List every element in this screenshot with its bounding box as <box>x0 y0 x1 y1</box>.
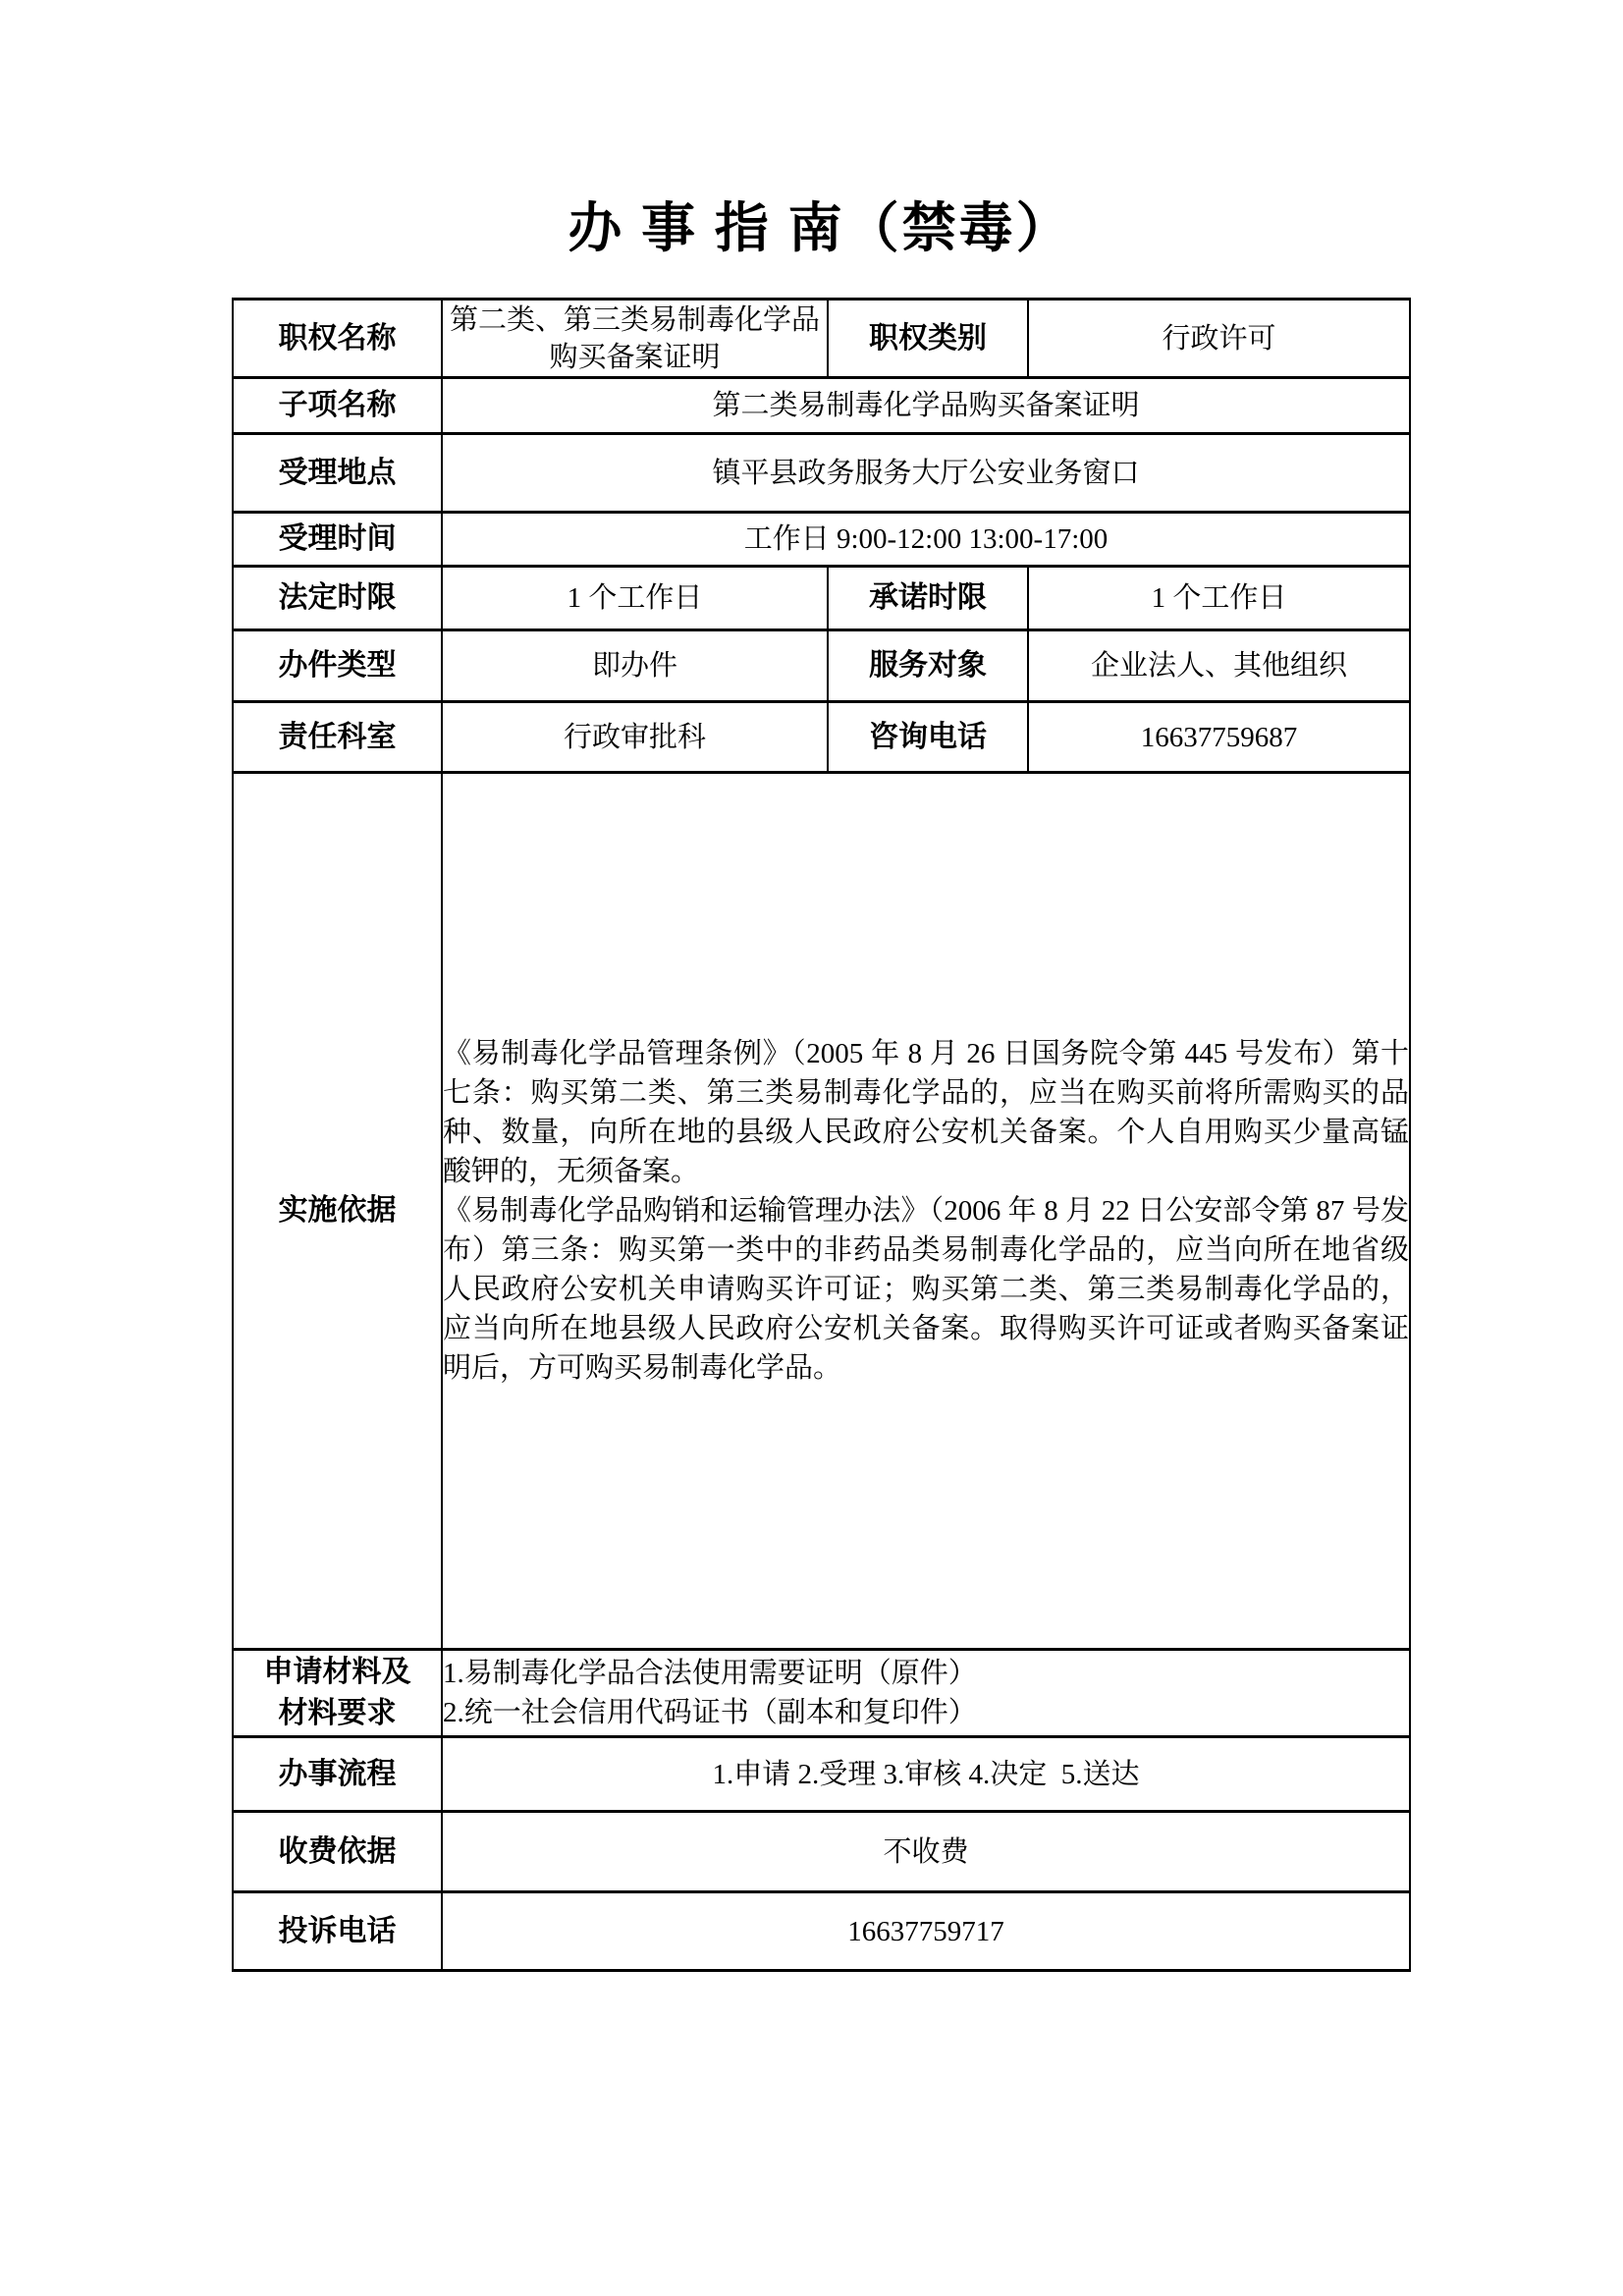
legal-basis-value: 《易制毒化学品管理条例》（2005 年 8 月 26 日国务院令第 445 号发… <box>442 773 1410 1650</box>
sub-item-value: 第二类易制毒化学品购买备案证明 <box>442 378 1410 434</box>
process-label: 办事流程 <box>233 1737 442 1812</box>
accept-time-label: 受理时间 <box>233 513 442 567</box>
service-guide-table: 职权名称 第二类、第三类易制毒化学品购买备案证明 职权类别 行政许可 子项名称 … <box>232 298 1411 1972</box>
row-materials: 申请材料及 材料要求 1.易制毒化学品合法使用需要证明（原件） 2.统一社会信用… <box>233 1650 1410 1737</box>
complaint-phone-value: 16637759717 <box>442 1892 1410 1971</box>
row-handle-type: 办件类型 即办件 服务对象 企业法人、其他组织 <box>233 630 1410 702</box>
accept-location-value: 镇平县政务服务大厅公安业务窗口 <box>442 434 1410 513</box>
process-value: 1.申请 2.受理 3.审核 4.决定 5.送达 <box>442 1737 1410 1812</box>
legal-basis-label: 实施依据 <box>233 773 442 1650</box>
row-fee: 收费依据 不收费 <box>233 1812 1410 1892</box>
row-time-limits: 法定时限 1 个工作日 承诺时限 1 个工作日 <box>233 567 1410 630</box>
authority-name-label: 职权名称 <box>233 300 442 378</box>
promised-limit-value: 1 个工作日 <box>1028 567 1410 630</box>
authority-type-value: 行政许可 <box>1028 300 1410 378</box>
complaint-phone-label: 投诉电话 <box>233 1892 442 1971</box>
materials-item-2: 2.统一社会信用代码证书（副本和复印件） <box>443 1693 1409 1732</box>
legal-limit-value: 1 个工作日 <box>442 567 828 630</box>
materials-label-line-2: 材料要求 <box>234 1693 441 1734</box>
row-legal-basis: 实施依据 《易制毒化学品管理条例》（2005 年 8 月 26 日国务院令第 4… <box>233 773 1410 1650</box>
legal-basis-paragraph-2: 《易制毒化学品购销和运输管理办法》（2006 年 8 月 22 日公安部令第 8… <box>443 1191 1409 1388</box>
responsible-dept-value: 行政审批科 <box>442 702 828 773</box>
fee-value: 不收费 <box>442 1812 1410 1892</box>
service-target-label: 服务对象 <box>828 630 1028 702</box>
legal-basis-paragraph-1: 《易制毒化学品管理条例》（2005 年 8 月 26 日国务院令第 445 号发… <box>443 1034 1409 1191</box>
materials-item-1: 1.易制毒化学品合法使用需要证明（原件） <box>443 1654 1409 1693</box>
responsible-dept-label: 责任科室 <box>233 702 442 773</box>
page-title: 办 事 指 南（禁毒） <box>232 194 1409 263</box>
materials-label: 申请材料及 材料要求 <box>233 1650 442 1737</box>
row-process: 办事流程 1.申请 2.受理 3.审核 4.决定 5.送达 <box>233 1737 1410 1812</box>
accept-time-value: 工作日 9:00-12:00 13:00-17:00 <box>442 513 1410 567</box>
row-complaint-phone: 投诉电话 16637759717 <box>233 1892 1410 1971</box>
service-target-value: 企业法人、其他组织 <box>1028 630 1410 702</box>
legal-limit-label: 法定时限 <box>233 567 442 630</box>
row-authority: 职权名称 第二类、第三类易制毒化学品购买备案证明 职权类别 行政许可 <box>233 300 1410 378</box>
authority-type-label: 职权类别 <box>828 300 1028 378</box>
sub-item-label: 子项名称 <box>233 378 442 434</box>
handle-type-label: 办件类型 <box>233 630 442 702</box>
promised-limit-label: 承诺时限 <box>828 567 1028 630</box>
authority-name-value: 第二类、第三类易制毒化学品购买备案证明 <box>442 300 828 378</box>
row-sub-item: 子项名称 第二类易制毒化学品购买备案证明 <box>233 378 1410 434</box>
consult-phone-label: 咨询电话 <box>828 702 1028 773</box>
handle-type-value: 即办件 <box>442 630 828 702</box>
materials-value: 1.易制毒化学品合法使用需要证明（原件） 2.统一社会信用代码证书（副本和复印件… <box>442 1650 1410 1737</box>
row-accept-location: 受理地点 镇平县政务服务大厅公安业务窗口 <box>233 434 1410 513</box>
consult-phone-value: 16637759687 <box>1028 702 1410 773</box>
row-responsible-dept: 责任科室 行政审批科 咨询电话 16637759687 <box>233 702 1410 773</box>
document-page: { "title": "办 事 指 南（禁毒）", "table": { "au… <box>0 0 1623 2296</box>
fee-label: 收费依据 <box>233 1812 442 1892</box>
row-accept-time: 受理时间 工作日 9:00-12:00 13:00-17:00 <box>233 513 1410 567</box>
materials-label-line-1: 申请材料及 <box>234 1652 441 1693</box>
accept-location-label: 受理地点 <box>233 434 442 513</box>
